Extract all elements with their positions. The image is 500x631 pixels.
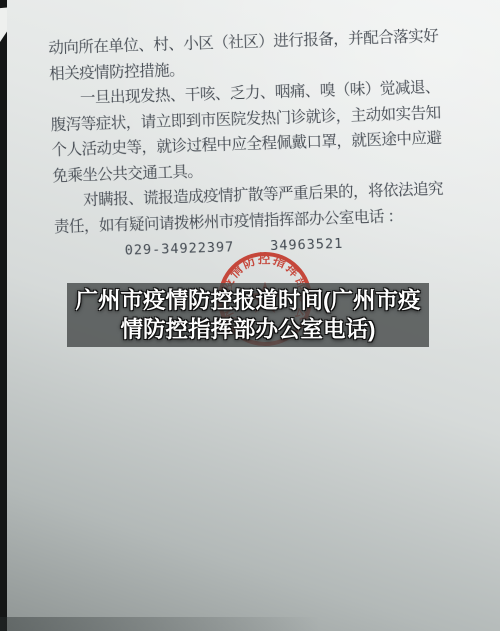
caption-line-2: 情防控指挥部办公室电话) (67, 315, 429, 344)
caption-line-1: 广州市疫情防控报道时间(广州市疫 (67, 286, 429, 315)
document-text-block: 动向所在单位、村、小区（社区）进行报备，并配合落实好 相关疫情防控措施。 一旦出… (48, 24, 447, 267)
photo-stage: 动向所在单位、村、小区（社区）进行报备，并配合落实好 相关疫情防控措施。 一旦出… (0, 0, 500, 631)
caption-overlay-banner: 广州市疫情防控报道时间(广州市疫 情防控指挥部办公室电话) (67, 283, 429, 347)
paper-bottom-shadow (0, 617, 320, 631)
